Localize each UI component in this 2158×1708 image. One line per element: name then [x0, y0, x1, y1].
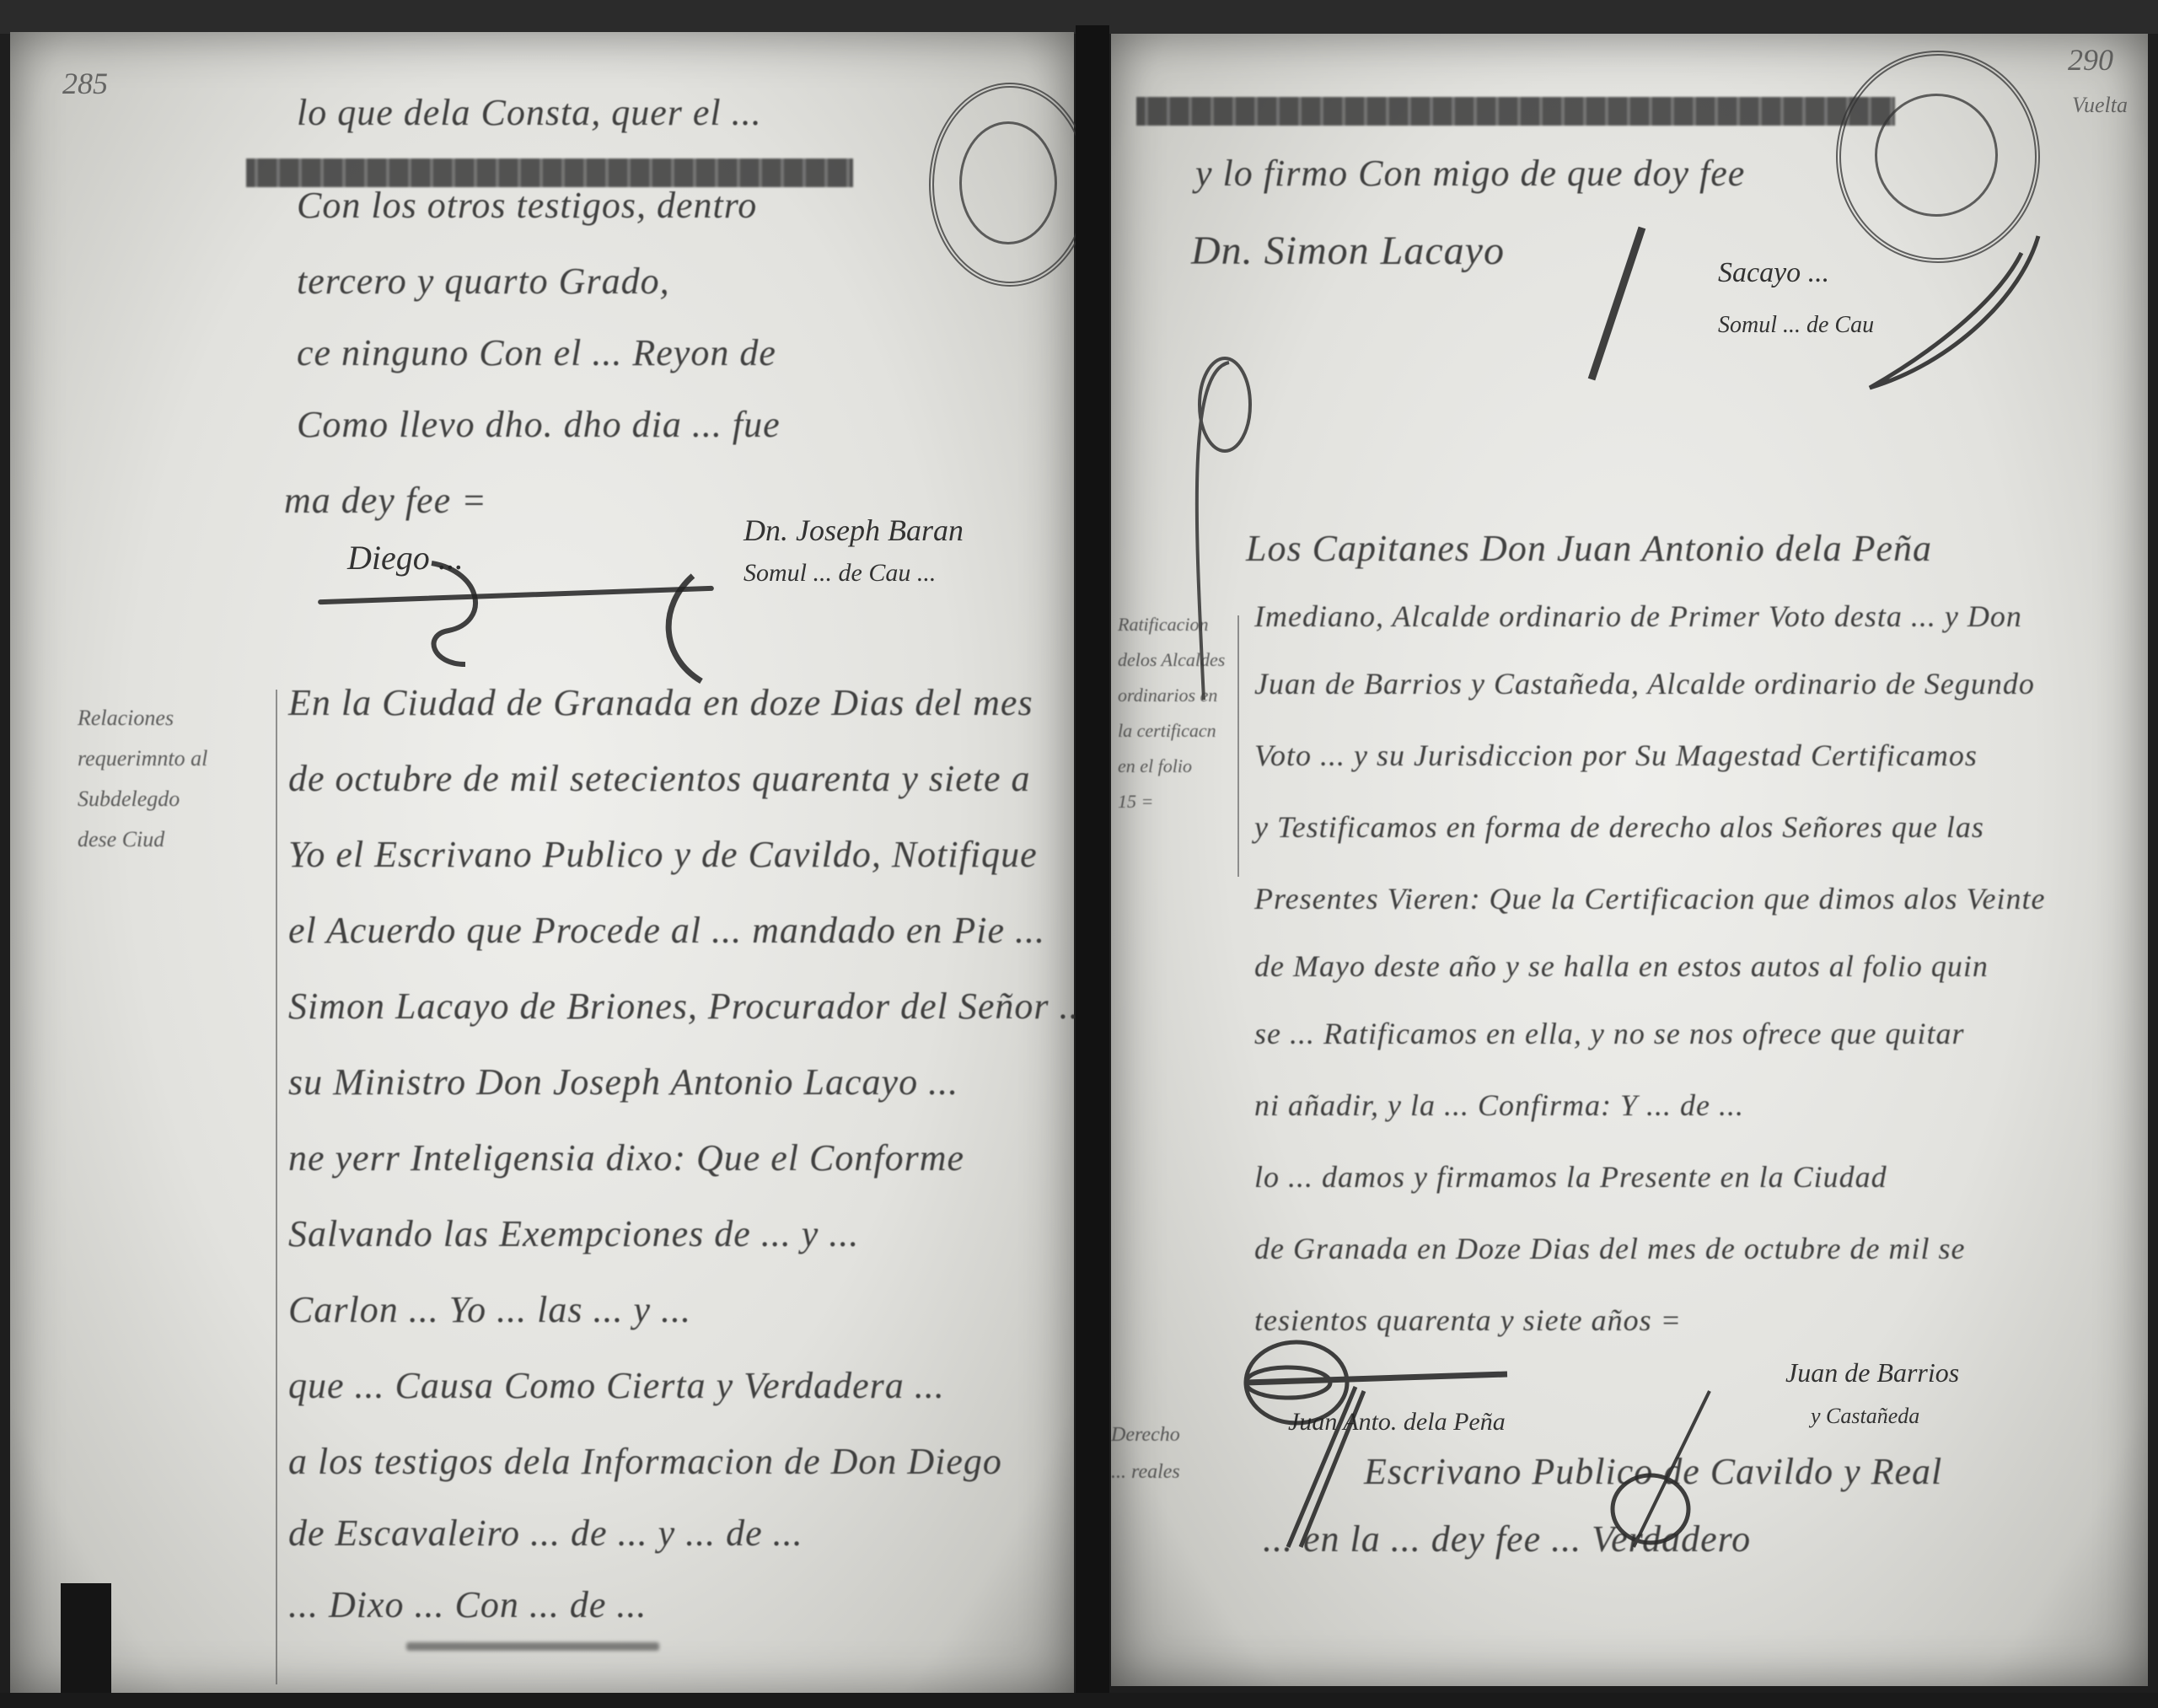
- text-line: Simon Lacayo de Briones, Procurador del …: [288, 985, 1089, 1028]
- text-line: Imediano, Alcalde ordinario de Primer Vo…: [1254, 599, 2022, 634]
- right-page: 290 Vuelta y lo firmo Con migo de que do…: [1111, 34, 2148, 1686]
- text-line: de Mayo deste año y se halla en estos au…: [1254, 948, 1989, 984]
- signature-right: Dn. Joseph Baran: [743, 513, 964, 548]
- text-line: y lo firmo Con migo de que doy fee: [1195, 152, 1745, 195]
- official-seal-icon: [929, 83, 1091, 287]
- closing-line: ... en la ... dey fee ... Verdadero: [1263, 1517, 1751, 1560]
- text-line: Con los otros testigos, dentro: [297, 184, 757, 227]
- margin-rule: [276, 690, 277, 1684]
- book-gutter: [1076, 25, 1109, 1708]
- text-line: ma dey fee =: [284, 479, 487, 522]
- margin-rule: [1237, 615, 1239, 877]
- scanner-bottom-edge: [0, 1693, 2158, 1708]
- folio-number: 290: [2068, 42, 2113, 78]
- stamp-band: [246, 158, 853, 187]
- signature-right-title: Somul ... de Cau ...: [743, 559, 936, 588]
- margin-note: Relaciones requerimnto al Subdelegdo des…: [78, 698, 207, 860]
- ink-smudge: [406, 1642, 659, 1651]
- text-line: ... Dixo ... Con ... de ...: [288, 1583, 647, 1626]
- text-line: Como llevo dho. dho dia ... fue: [297, 403, 781, 446]
- binding-tab: [61, 1583, 111, 1697]
- text-line: tesientos quarenta y siete años =: [1254, 1302, 1682, 1338]
- text-line: de Granada en Doze Dias del mes de octub…: [1254, 1231, 1966, 1266]
- text-line: Yo el Escrivano Publico y de Cavildo, No…: [288, 833, 1038, 876]
- text-line: el Acuerdo que Procede al ... mandado en…: [288, 909, 1045, 952]
- margin-note: Ratificacion delos Alcaldes ordinarios e…: [1118, 607, 1225, 819]
- text-line: que ... Causa Como Cierta y Verdadera ..…: [288, 1364, 945, 1407]
- text-line: de Escavaleiro ... de ... y ... de ...: [288, 1512, 803, 1555]
- text-line: de octubre de mil setecientos quarenta y…: [288, 757, 1031, 800]
- rubric-flourish-icon: [651, 572, 718, 690]
- text-line: Presentes Vieren: Que la Certificacion q…: [1254, 881, 2045, 916]
- signature-barrios: Juan de Barrios: [1785, 1357, 1959, 1388]
- text-line: Juan de Barrios y Castañeda, Alcalde ord…: [1254, 666, 2035, 701]
- folio-number: 285: [62, 66, 108, 101]
- text-line: y Testificamos en forma de derecho alos …: [1254, 809, 1984, 845]
- text-line: lo que dela Consta, quer el ...: [297, 91, 762, 134]
- text-line: Salvando las Exempciones de ... y ...: [288, 1212, 859, 1255]
- signature-lacayo: Dn. Simon Lacayo: [1191, 228, 1505, 274]
- rubric-flourish-icon: [1566, 219, 1667, 388]
- rubric-flourish-icon: [415, 555, 516, 673]
- lower-margin-note: Derecho ... reales: [1111, 1416, 1180, 1490]
- corner-note: Vuelta: [2072, 93, 2128, 118]
- left-page: 285 lo que dela Consta, quer el ... Con …: [10, 32, 1074, 1697]
- text-line: Los Capitanes Don Juan Antonio dela Peña: [1246, 527, 1932, 570]
- stamp-band: [1136, 97, 1895, 126]
- text-line: Carlon ... Yo ... las ... y ...: [288, 1288, 691, 1331]
- signature-right-title: Somul ... de Cau: [1718, 312, 1874, 339]
- signature-barrios-surname: y Castañeda: [1811, 1404, 1919, 1429]
- text-line: a los testigos dela Informacion de Don D…: [288, 1440, 1002, 1483]
- text-line: En la Ciudad de Granada en doze Dias del…: [288, 681, 1033, 724]
- text-line: lo ... damos y firmamos la Presente en l…: [1254, 1159, 1887, 1195]
- closing-line: Escrivano Publico de Cavildo y Real: [1364, 1450, 1942, 1493]
- signature-right: Sacayo ...: [1718, 257, 1829, 289]
- text-line: ni añadir, y la ... Confirma: Y ... de .…: [1254, 1088, 1744, 1123]
- text-line: ne yerr Inteligensia dixo: Que el Confor…: [288, 1136, 964, 1179]
- text-line: ce ninguno Con el ... Reyon de: [297, 331, 776, 374]
- text-line: su Ministro Don Joseph Antonio Lacayo ..…: [288, 1061, 958, 1104]
- text-line: tercero y quarto Grado,: [297, 260, 670, 303]
- text-line: se ... Ratificamos en ella, y no se nos …: [1254, 1016, 1965, 1051]
- text-line: Voto ... y su Jurisdiccion por Su Magest…: [1254, 738, 1978, 773]
- rubric-flourish-icon: [1853, 228, 2055, 396]
